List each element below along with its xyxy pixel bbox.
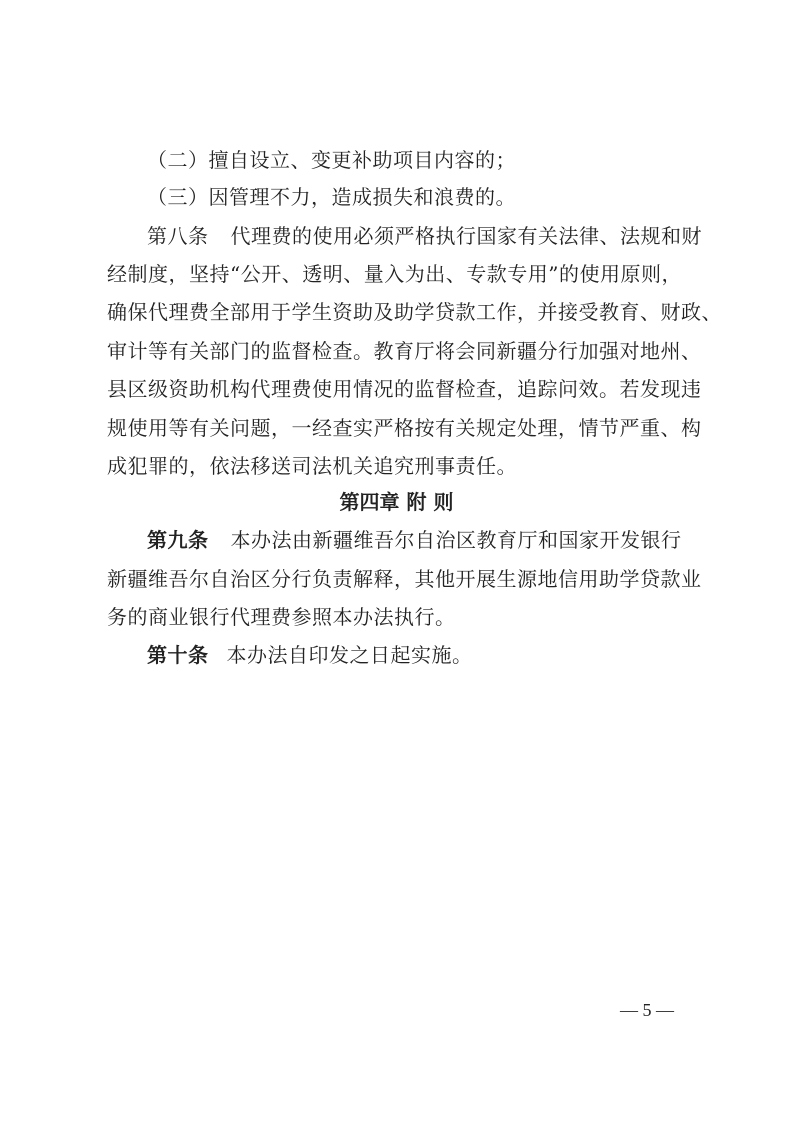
article-9-text: 本办法由新疆维吾尔自治区教育厅和国家开发银行 xyxy=(231,528,682,552)
article-10-label: 第十条 xyxy=(147,643,209,667)
article-8-line: 经制度，坚持“公开、透明、量入为出、专款专用”的使用原则， xyxy=(107,256,687,292)
article-10-line: 第十条本办法自印发之日起实施。 xyxy=(147,637,727,673)
document-page: （二）擅自设立、变更补助项目内容的； （三）因管理不力，造成损失和浪费的。 第八… xyxy=(0,0,793,1122)
article-8-label: 第八条 xyxy=(147,224,209,248)
article-9-line: 务的商业银行代理费参照本办法执行。 xyxy=(107,599,687,635)
article-8-line: 审计等有关部门的监督检查。教育厅将会同新疆分行加强对地州、 xyxy=(107,333,687,369)
page-number: — 5 — xyxy=(620,1000,700,1021)
article-8-first-line: 第八条代理费的使用必须严格执行国家有关法律、法规和财 xyxy=(147,218,727,254)
article-8-line: 成犯罪的，依法移送司法机关追究刑事责任。 xyxy=(107,448,687,484)
article-8-text: 代理费的使用必须严格执行国家有关法律、法规和财 xyxy=(231,224,703,248)
item-3: （三）因管理不力，造成损失和浪费的。 xyxy=(147,179,727,215)
chapter-heading: 第四章 附 则 xyxy=(0,484,793,520)
article-9-label: 第九条 xyxy=(147,528,209,552)
article-8-line: 规使用等有关问题，一经查实严格按有关规定处理，情节严重、构 xyxy=(107,410,687,446)
article-10-text: 本办法自印发之日起实施。 xyxy=(227,643,473,667)
article-9-line: 新疆维吾尔自治区分行负责解释，其他开展生源地信用助学贷款业 xyxy=(107,561,687,597)
article-8-line: 确保代理费全部用于学生资助及助学贷款工作，并接受教育、财政、 xyxy=(107,294,687,330)
article-9-first-line: 第九条本办法由新疆维吾尔自治区教育厅和国家开发银行 xyxy=(147,522,727,558)
item-2: （二）擅自设立、变更补助项目内容的； xyxy=(147,142,727,178)
article-8-line: 县区级资助机构代理费使用情况的监督检查，追踪问效。若发现违 xyxy=(107,371,687,407)
